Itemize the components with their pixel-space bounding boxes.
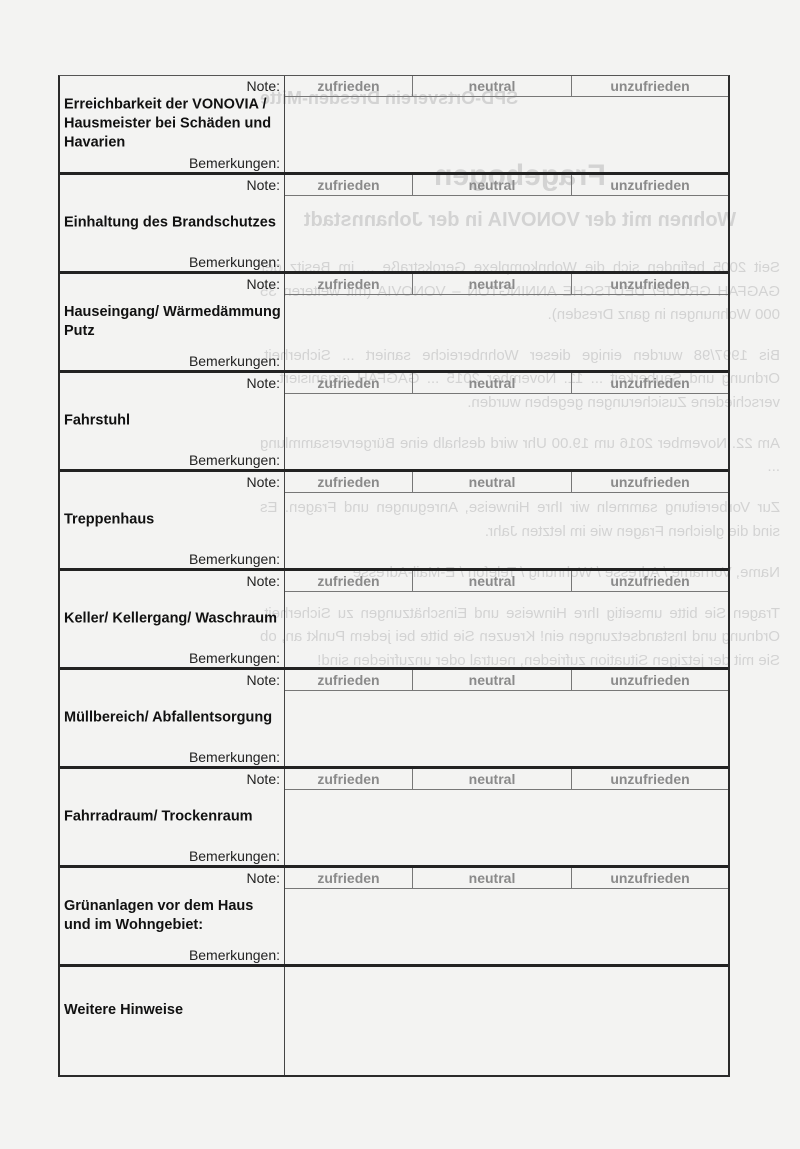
row-title: Erreichbarkeit der VONOVIA / Hausmeister… — [64, 96, 282, 153]
rating-row-fahrstuhl: Note: Fahrstuhl Bemerkungen: zufrieden n… — [60, 370, 728, 469]
option-unzufrieden[interactable]: unzufrieden — [572, 571, 728, 591]
questionnaire-table: Note: Erreichbarkeit der VONOVIA / Hausm… — [58, 75, 730, 1077]
remarks-label: Bemerkungen: — [189, 650, 280, 666]
option-unzufrieden[interactable]: unzufrieden — [572, 670, 728, 690]
note-label: Note: — [247, 177, 280, 193]
rating-options: zufrieden neutral unzufrieden — [285, 472, 728, 493]
remarks-label: Bemerkungen: — [189, 254, 280, 270]
remarks-label: Bemerkungen: — [189, 452, 280, 468]
row-label-cell: Note: Keller/ Kellergang/ Waschraum Beme… — [60, 571, 285, 667]
option-zufrieden[interactable]: zufrieden — [285, 868, 413, 888]
rating-row-keller-kellergang-waschraum: Note: Keller/ Kellergang/ Waschraum Beme… — [60, 568, 728, 667]
option-unzufrieden[interactable]: unzufrieden — [572, 76, 728, 96]
further-notes-row: Weitere Hinweise — [60, 964, 728, 1075]
row-title: Einhaltung des Brandschutzes — [64, 214, 282, 233]
rating-options: zufrieden neutral unzufrieden — [285, 670, 728, 691]
row-label-cell: Note: Fahrstuhl Bemerkungen: — [60, 373, 285, 469]
remarks-field[interactable] — [285, 295, 728, 370]
row-title: Treppenhaus — [64, 511, 282, 530]
rating-options: zufrieden neutral unzufrieden — [285, 373, 728, 394]
rating-row-fahrradraum-trockenraum: Note: Fahrradraum/ Trockenraum Bemerkung… — [60, 766, 728, 865]
remarks-field[interactable] — [285, 394, 728, 469]
rating-options: zufrieden neutral unzufrieden — [285, 868, 728, 889]
row-label-cell: Note: Einhaltung des Brandschutzes Bemer… — [60, 175, 285, 271]
rating-options: zufrieden neutral unzufrieden — [285, 769, 728, 790]
option-unzufrieden[interactable]: unzufrieden — [572, 472, 728, 492]
further-notes-field[interactable] — [285, 967, 728, 1075]
remarks-label: Bemerkungen: — [189, 848, 280, 864]
rating-cell: zufrieden neutral unzufrieden — [285, 571, 728, 667]
remarks-label: Bemerkungen: — [189, 551, 280, 567]
note-label: Note: — [247, 474, 280, 490]
rating-options: zufrieden neutral unzufrieden — [285, 274, 728, 295]
row-title: Grünanlagen vor dem Haus und im Wohngebi… — [64, 897, 282, 935]
remarks-label: Bemerkungen: — [189, 749, 280, 765]
note-label: Note: — [247, 375, 280, 391]
rating-row-einhaltung-des-brandschutzes: Note: Einhaltung des Brandschutzes Bemer… — [60, 172, 728, 271]
note-label: Note: — [247, 870, 280, 886]
note-label: Note: — [247, 672, 280, 688]
remarks-label: Bemerkungen: — [189, 947, 280, 963]
rating-row-erreichbarkeit-der-vonovia-hau: Note: Erreichbarkeit der VONOVIA / Hausm… — [60, 76, 728, 172]
option-neutral[interactable]: neutral — [413, 274, 572, 294]
row-title: Fahrradraum/ Trockenraum — [64, 808, 282, 827]
option-zufrieden[interactable]: zufrieden — [285, 76, 413, 96]
note-label: Note: — [247, 573, 280, 589]
remarks-field[interactable] — [285, 691, 728, 766]
row-label-cell: Weitere Hinweise — [60, 967, 285, 1075]
row-title: Hauseingang/ Wärmedämmung Putz — [64, 303, 282, 341]
row-label-cell: Note: Treppenhaus Bemerkungen: — [60, 472, 285, 568]
remarks-label: Bemerkungen: — [189, 155, 280, 171]
rating-cell: zufrieden neutral unzufrieden — [285, 769, 728, 865]
note-label: Note: — [247, 78, 280, 94]
remarks-field[interactable] — [285, 97, 728, 172]
rating-options: zufrieden neutral unzufrieden — [285, 76, 728, 97]
option-unzufrieden[interactable]: unzufrieden — [572, 769, 728, 789]
rating-cell: zufrieden neutral unzufrieden — [285, 76, 728, 172]
note-label: Note: — [247, 276, 280, 292]
remarks-label: Bemerkungen: — [189, 353, 280, 369]
remarks-field[interactable] — [285, 592, 728, 667]
remarks-field[interactable] — [285, 493, 728, 568]
rating-row-müllbereich-abfallentsorgung: Note: Müllbereich/ Abfallentsorgung Beme… — [60, 667, 728, 766]
rating-row-treppenhaus: Note: Treppenhaus Bemerkungen: zufrieden… — [60, 469, 728, 568]
option-neutral[interactable]: neutral — [413, 868, 572, 888]
rating-cell: zufrieden neutral unzufrieden — [285, 670, 728, 766]
remarks-field[interactable] — [285, 196, 728, 271]
row-label-cell: Note: Hauseingang/ Wärmedämmung Putz Bem… — [60, 274, 285, 370]
rating-cell: zufrieden neutral unzufrieden — [285, 472, 728, 568]
rating-options: zufrieden neutral unzufrieden — [285, 175, 728, 196]
option-zufrieden[interactable]: zufrieden — [285, 472, 413, 492]
option-neutral[interactable]: neutral — [413, 769, 572, 789]
option-unzufrieden[interactable]: unzufrieden — [572, 373, 728, 393]
row-label-cell: Note: Fahrradraum/ Trockenraum Bemerkung… — [60, 769, 285, 865]
option-zufrieden[interactable]: zufrieden — [285, 769, 413, 789]
option-unzufrieden[interactable]: unzufrieden — [572, 274, 728, 294]
option-zufrieden[interactable]: zufrieden — [285, 175, 413, 195]
rating-row-grünanlagen-vor-dem-haus-und-i: Note: Grünanlagen vor dem Haus und im Wo… — [60, 865, 728, 964]
row-label-cell: Note: Grünanlagen vor dem Haus und im Wo… — [60, 868, 285, 964]
option-unzufrieden[interactable]: unzufrieden — [572, 175, 728, 195]
note-label: Note: — [247, 771, 280, 787]
rating-cell: zufrieden neutral unzufrieden — [285, 868, 728, 964]
option-unzufrieden[interactable]: unzufrieden — [572, 868, 728, 888]
option-neutral[interactable]: neutral — [413, 571, 572, 591]
option-neutral[interactable]: neutral — [413, 472, 572, 492]
row-title: Keller/ Kellergang/ Waschraum — [64, 610, 282, 629]
option-neutral[interactable]: neutral — [413, 76, 572, 96]
option-neutral[interactable]: neutral — [413, 670, 572, 690]
row-label-cell: Note: Müllbereich/ Abfallentsorgung Beme… — [60, 670, 285, 766]
rating-cell: zufrieden neutral unzufrieden — [285, 373, 728, 469]
option-zufrieden[interactable]: zufrieden — [285, 373, 413, 393]
rating-row-hauseingang-wärmedämmung-putz: Note: Hauseingang/ Wärmedämmung Putz Bem… — [60, 271, 728, 370]
option-zufrieden[interactable]: zufrieden — [285, 670, 413, 690]
row-title: Müllbereich/ Abfallentsorgung — [64, 709, 282, 728]
row-title: Weitere Hinweise — [64, 1001, 282, 1020]
option-zufrieden[interactable]: zufrieden — [285, 274, 413, 294]
option-neutral[interactable]: neutral — [413, 175, 572, 195]
option-neutral[interactable]: neutral — [413, 373, 572, 393]
remarks-field[interactable] — [285, 889, 728, 964]
row-title: Fahrstuhl — [64, 412, 282, 431]
rating-options: zufrieden neutral unzufrieden — [285, 571, 728, 592]
remarks-field[interactable] — [285, 790, 728, 865]
row-label-cell: Note: Erreichbarkeit der VONOVIA / Hausm… — [60, 76, 285, 172]
rating-cell: zufrieden neutral unzufrieden — [285, 175, 728, 271]
rating-cell: zufrieden neutral unzufrieden — [285, 274, 728, 370]
option-zufrieden[interactable]: zufrieden — [285, 571, 413, 591]
